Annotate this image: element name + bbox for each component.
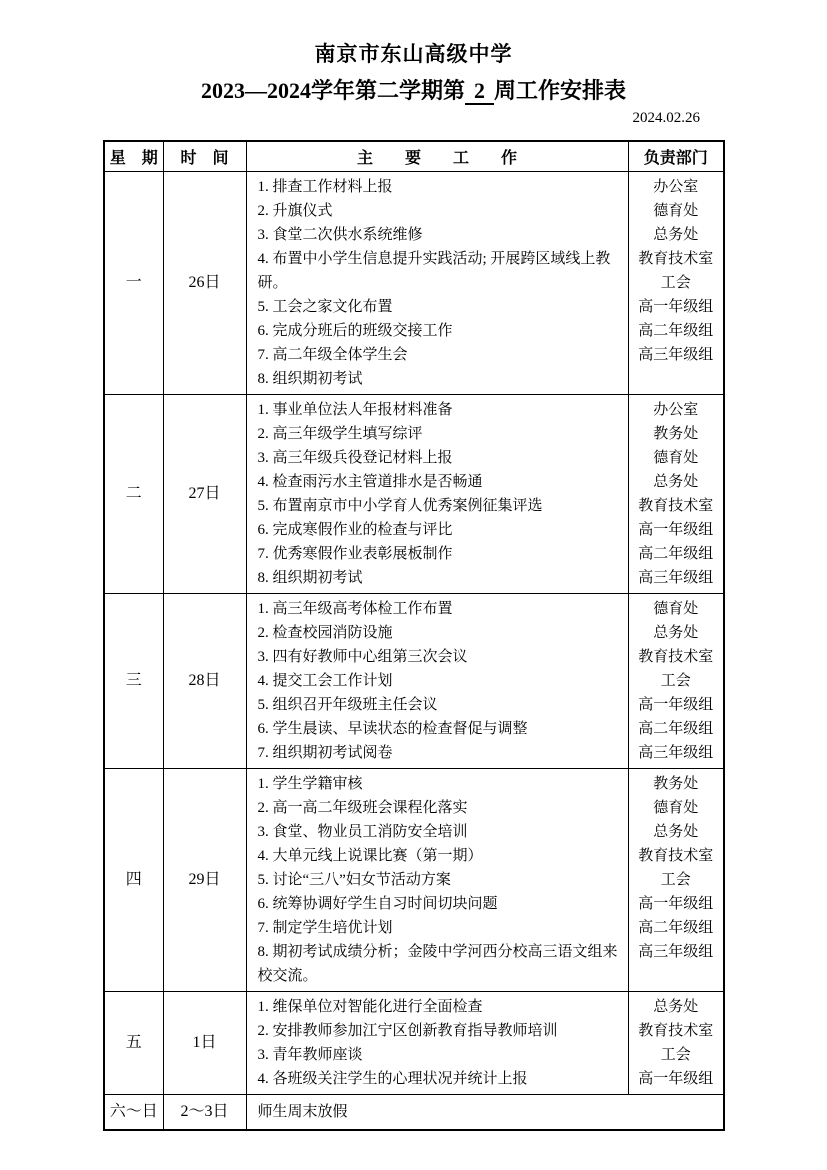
work-item: 1. 高三年级高考体检工作布置 xyxy=(258,597,620,621)
dept-item: 办公室 xyxy=(631,398,722,422)
work-item: 7. 优秀寒假作业表彰展板制作 xyxy=(258,542,620,566)
day-cell: 四 xyxy=(104,768,163,991)
time-cell: 29日 xyxy=(163,768,246,991)
work-item: 3. 四有好教师中心组第三次会议 xyxy=(258,645,620,669)
work-item: 1. 学生学籍审核 xyxy=(258,772,620,796)
dept-item: 工会 xyxy=(631,1043,722,1067)
work-item: 8. 组织期初考试 xyxy=(258,367,620,391)
dept-item: 高二年级组 xyxy=(631,916,722,940)
dept-item: 高一年级组 xyxy=(631,518,722,542)
dept-item: 总务处 xyxy=(631,470,722,494)
work-item: 2. 升旗仪式 xyxy=(258,199,620,223)
schedule-table-head: 星 期 时 间 主 要 工 作 负责部门 xyxy=(104,141,724,171)
work-item: 3. 高三年级兵役登记材料上报 xyxy=(258,446,620,470)
work-cell: 1. 排查工作材料上报2. 升旗仪式3. 食堂二次供水系统维修4. 布置中小学生… xyxy=(246,171,628,394)
work-item: 3. 青年教师座谈 xyxy=(258,1043,620,1067)
work-cell: 1. 维保单位对智能化进行全面检查2. 安排教师参加江宁区创新教育指导教师培训3… xyxy=(246,991,628,1094)
work-item: 5. 工会之家文化布置 xyxy=(258,295,620,319)
document-page: 南京市东山高级中学 2023—2024学年第二学期第2周工作安排表 2024.0… xyxy=(0,0,827,1170)
table-row: 五1日1. 维保单位对智能化进行全面检查2. 安排教师参加江宁区创新教育指导教师… xyxy=(104,991,724,1094)
work-item: 7. 组织期初考试阅卷 xyxy=(258,741,620,765)
dept-item: 总务处 xyxy=(631,995,722,1019)
work-item: 2. 高一高二年级班会课程化落实 xyxy=(258,796,620,820)
dept-cell: 教务处德育处总务处教育技术室工会高一年级组高二年级组高三年级组 xyxy=(628,768,724,991)
school-title: 南京市东山高级中学 xyxy=(0,40,827,68)
document-date: 2024.02.26 xyxy=(0,109,700,127)
day-cell: 二 xyxy=(104,394,163,593)
dept-item: 高二年级组 xyxy=(631,319,722,343)
table-row: 二27日1. 事业单位法人年报材料准备2. 高三年级学生填写综评3. 高三年级兵… xyxy=(104,394,724,593)
dept-item: 教务处 xyxy=(631,772,722,796)
dept-item: 高三年级组 xyxy=(631,741,722,765)
time-cell: 26日 xyxy=(163,171,246,394)
dept-item: 高二年级组 xyxy=(631,717,722,741)
work-item: 5. 布置南京市中小学育人优秀案例征集评选 xyxy=(258,494,620,518)
dept-item: 高一年级组 xyxy=(631,892,722,916)
subtitle-suffix: 周工作安排表 xyxy=(494,78,626,103)
work-cell: 1. 高三年级高考体检工作布置2. 检查校园消防设施3. 四有好教师中心组第三次… xyxy=(246,593,628,768)
col-header-time: 时 间 xyxy=(163,141,246,171)
day-cell: 三 xyxy=(104,593,163,768)
dept-item: 德育处 xyxy=(631,199,722,223)
time-cell: 2～3日 xyxy=(163,1094,246,1130)
work-item: 6. 学生晨读、早读状态的检查督促与调整 xyxy=(258,717,620,741)
work-item: 6. 统筹协调好学生自习时间切块问题 xyxy=(258,892,620,916)
work-item: 7. 制定学生培优计划 xyxy=(258,916,620,940)
col-header-work: 主 要 工 作 xyxy=(246,141,628,171)
work-item: 8. 期初考试成绩分析；金陵中学河西分校高三语文组来校交流。 xyxy=(258,940,620,988)
work-item: 4. 各班级关注学生的心理状况并统计上报 xyxy=(258,1067,620,1091)
dept-item: 办公室 xyxy=(631,175,722,199)
dept-item: 教育技术室 xyxy=(631,645,722,669)
table-row: 一26日1. 排查工作材料上报2. 升旗仪式3. 食堂二次供水系统维修4. 布置… xyxy=(104,171,724,394)
work-item: 2. 检查校园消防设施 xyxy=(258,621,620,645)
week-number: 2 xyxy=(465,79,494,105)
dept-item: 高一年级组 xyxy=(631,693,722,717)
table-row: 六～日2～3日师生周末放假 xyxy=(104,1094,724,1130)
dept-item: 高三年级组 xyxy=(631,566,722,590)
work-item: 1. 排查工作材料上报 xyxy=(258,175,620,199)
dept-item: 德育处 xyxy=(631,796,722,820)
work-item: 2. 高三年级学生填写综评 xyxy=(258,422,620,446)
dept-item: 教育技术室 xyxy=(631,1019,722,1043)
dept-item: 总务处 xyxy=(631,820,722,844)
table-row: 四29日1. 学生学籍审核2. 高一高二年级班会课程化落实3. 食堂、物业员工消… xyxy=(104,768,724,991)
work-item: 4. 提交工会工作计划 xyxy=(258,669,620,693)
dept-item: 总务处 xyxy=(631,223,722,247)
dept-item: 高三年级组 xyxy=(631,343,722,367)
day-cell: 六～日 xyxy=(104,1094,163,1130)
dept-cell: 总务处教育技术室工会高一年级组 xyxy=(628,991,724,1094)
dept-item: 教务处 xyxy=(631,422,722,446)
work-item: 4. 大单元线上说课比赛（第一期） xyxy=(258,844,620,868)
dept-item: 德育处 xyxy=(631,597,722,621)
work-cell: 1. 学生学籍审核2. 高一高二年级班会课程化落实3. 食堂、物业员工消防安全培… xyxy=(246,768,628,991)
work-item: 6. 完成分班后的班级交接工作 xyxy=(258,319,620,343)
dept-item: 工会 xyxy=(631,868,722,892)
work-item: 1. 维保单位对智能化进行全面检查 xyxy=(258,995,620,1019)
dept-cell: 办公室德育处总务处教育技术室工会高一年级组高二年级组高三年级组 xyxy=(628,171,724,394)
dept-item: 工会 xyxy=(631,271,722,295)
dept-item: 德育处 xyxy=(631,446,722,470)
dept-item: 工会 xyxy=(631,669,722,693)
dept-item: 教育技术室 xyxy=(631,494,722,518)
table-row: 三28日1. 高三年级高考体检工作布置2. 检查校园消防设施3. 四有好教师中心… xyxy=(104,593,724,768)
work-item: 6. 完成寒假作业的检查与评比 xyxy=(258,518,620,542)
work-item: 4. 布置中小学生信息提升实践活动; 开展跨区域线上教研。 xyxy=(258,247,620,295)
dept-item: 高一年级组 xyxy=(631,1067,722,1091)
work-item: 3. 食堂二次供水系统维修 xyxy=(258,223,620,247)
dept-item: 高一年级组 xyxy=(631,295,722,319)
schedule-table-container: 星 期 时 间 主 要 工 作 负责部门 一26日1. 排查工作材料上报2. 升… xyxy=(103,140,827,1131)
schedule-subtitle: 2023—2024学年第二学期第2周工作安排表 xyxy=(0,76,827,106)
time-cell: 27日 xyxy=(163,394,246,593)
dept-item: 高二年级组 xyxy=(631,542,722,566)
subtitle-prefix: 2023—2024学年第二学期第 xyxy=(201,78,465,103)
day-cell: 五 xyxy=(104,991,163,1094)
dept-cell: 德育处总务处教育技术室工会高一年级组高二年级组高三年级组 xyxy=(628,593,724,768)
header-row: 星 期 时 间 主 要 工 作 负责部门 xyxy=(104,141,724,171)
col-header-day: 星 期 xyxy=(104,141,163,171)
col-header-dept: 负责部门 xyxy=(628,141,724,171)
merged-note-cell: 师生周末放假 xyxy=(246,1094,724,1130)
schedule-table: 星 期 时 间 主 要 工 作 负责部门 一26日1. 排查工作材料上报2. 升… xyxy=(103,140,725,1131)
work-item: 3. 食堂、物业员工消防安全培训 xyxy=(258,820,620,844)
dept-cell: 办公室教务处德育处总务处教育技术室高一年级组高二年级组高三年级组 xyxy=(628,394,724,593)
work-item: 7. 高二年级全体学生会 xyxy=(258,343,620,367)
time-cell: 1日 xyxy=(163,991,246,1094)
dept-item: 高三年级组 xyxy=(631,940,722,964)
dept-item: 总务处 xyxy=(631,621,722,645)
time-cell: 28日 xyxy=(163,593,246,768)
schedule-table-body: 一26日1. 排查工作材料上报2. 升旗仪式3. 食堂二次供水系统维修4. 布置… xyxy=(104,171,724,1130)
work-item: 8. 组织期初考试 xyxy=(258,566,620,590)
work-cell: 1. 事业单位法人年报材料准备2. 高三年级学生填写综评3. 高三年级兵役登记材… xyxy=(246,394,628,593)
work-item: 5. 组织召开年级班主任会议 xyxy=(258,693,620,717)
day-cell: 一 xyxy=(104,171,163,394)
dept-item: 教育技术室 xyxy=(631,844,722,868)
dept-item: 教育技术室 xyxy=(631,247,722,271)
work-item: 4. 检查雨污水主管道排水是否畅通 xyxy=(258,470,620,494)
work-item: 2. 安排教师参加江宁区创新教育指导教师培训 xyxy=(258,1019,620,1043)
work-item: 5. 讨论“三八”妇女节活动方案 xyxy=(258,868,620,892)
work-item: 1. 事业单位法人年报材料准备 xyxy=(258,398,620,422)
